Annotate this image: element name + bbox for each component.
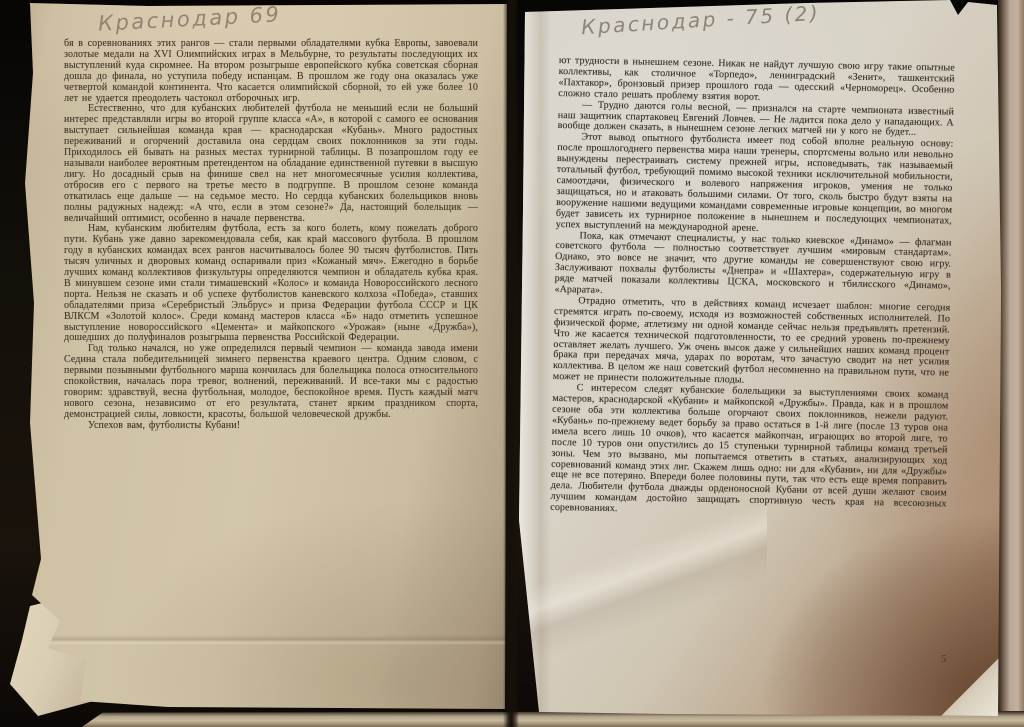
right-page: Краснодар - 75 (2) ют трудности в нынешн…	[517, 0, 1001, 716]
paragraph: Нам, кубанским любителям футбола, есть з…	[64, 224, 478, 344]
paper-crease	[8, 635, 507, 645]
left-page: Краснодар 69 бя в соревнованиях этих ран…	[8, 3, 507, 710]
paragraph: бя в соревнованиях этих рангов — стали п…	[64, 39, 478, 104]
paragraph: Отрадно отметить, что в действиях команд…	[553, 296, 951, 391]
handwriting-annotation-right: Краснодар - 75 (2)	[580, 1, 820, 40]
underlying-page-edge-right	[998, 0, 1024, 727]
paragraph: С интересом следят кубанские болельщики …	[550, 383, 948, 521]
book-gutter-shadow	[503, 0, 519, 727]
folded-corner	[941, 652, 1001, 716]
paragraph: Успехов вам, футболисты Кубани!	[64, 421, 478, 432]
left-page-text: бя в соревнованиях этих рангов — стали п…	[64, 39, 478, 432]
paragraph: Естественно, что для кубанских любителей…	[64, 104, 478, 224]
paragraph: Год только начался, но уже определился п…	[64, 344, 478, 420]
paragraph: Пока, как отмечают специалисты, у нас то…	[554, 230, 951, 303]
paragraph: Этот вывод опытного футболиста имеет под…	[556, 132, 954, 238]
right-page-text: ют трудности в нынешнем сезоне. Никак не…	[550, 56, 955, 522]
handwriting-annotation-left: Краснодар 69	[97, 2, 281, 36]
page-number: 5	[941, 653, 947, 665]
photo-of-open-booklet: Краснодар 69 бя в соревнованиях этих ран…	[0, 0, 1024, 727]
